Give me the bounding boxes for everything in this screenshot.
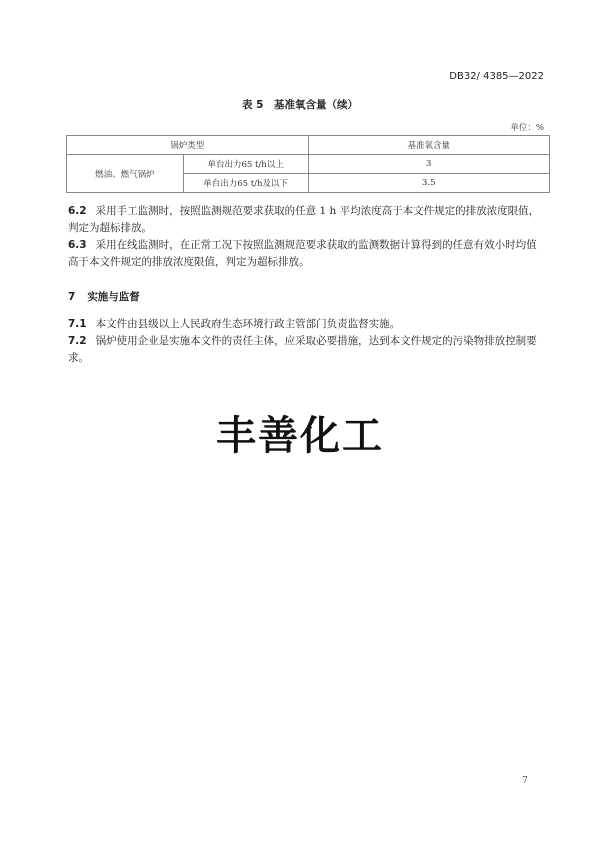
clause-7-1: 7.1本文件由县级以上人民政府生态环境行政主管部门负责监督实施。 <box>68 316 548 333</box>
clause-text: 锅炉使用企业是实施本文件的责任主体，应采取必要措施，达到本文件规定的污染物排放控… <box>96 335 537 347</box>
condition-cell: 单台出力65 t/h以上 <box>183 155 308 174</box>
section-title: 实施与监督 <box>87 291 140 303</box>
table-row: 燃油、燃气锅炉 单台出力65 t/h以上 3 <box>67 155 550 174</box>
value-cell: 3 <box>308 155 550 174</box>
table-title: 表 5 基准氧含量（续） <box>0 97 600 112</box>
group-label: 燃油、燃气锅炉 <box>67 155 184 193</box>
clause-number: 6.2 <box>68 205 87 217</box>
watermark-logo: 丰善化工 <box>0 404 600 461</box>
document-id: DB32/ 4385—2022 <box>400 71 544 82</box>
clause-number: 7.2 <box>68 335 87 347</box>
clause-text: 求。 <box>68 350 548 367</box>
clause-6-2: 6.2采用手工监测时，按照监测规范要求获取的任意 1 h 平均浓度高于本文件规定… <box>68 203 548 237</box>
clause-text: 采用在线监测时，在正常工况下按照监测规范要求获取的监测数据计算得到的任意有效小时… <box>96 239 537 251</box>
header-oxygen-content: 基准氧含量 <box>308 136 550 155</box>
clause-text: 判定为超标排放。 <box>68 220 548 237</box>
clause-text: 本文件由县级以上人民政府生态环境行政主管部门负责监督实施。 <box>96 318 401 330</box>
header-boiler-type: 锅炉类型 <box>67 136 309 155</box>
oxygen-content-table: 锅炉类型 基准氧含量 燃油、燃气锅炉 单台出力65 t/h以上 3 单台出力65… <box>66 135 550 193</box>
value-cell: 3.5 <box>308 174 550 193</box>
section-heading: 7实施与监督 <box>68 289 140 304</box>
table-header-row: 锅炉类型 基准氧含量 <box>67 136 550 155</box>
condition-cell: 单台出力65 t/h及以下 <box>183 174 308 193</box>
clause-number: 6.3 <box>68 239 87 251</box>
page-number: 7 <box>510 776 540 786</box>
clause-text: 采用手工监测时，按照监测规范要求获取的任意 1 h 平均浓度高于本文件规定的排放… <box>96 205 539 217</box>
clause-number: 7.1 <box>68 318 87 330</box>
section-number: 7 <box>68 291 75 303</box>
table-unit: 单位：% <box>440 121 544 133</box>
clause-6-3: 6.3采用在线监测时，在正常工况下按照监测规范要求获取的监测数据计算得到的任意有… <box>68 237 548 271</box>
clause-7-2: 7.2锅炉使用企业是实施本文件的责任主体，应采取必要措施，达到本文件规定的污染物… <box>68 333 548 367</box>
clause-text: 高于本文件规定的排放浓度限值，判定为超标排放。 <box>68 254 548 271</box>
